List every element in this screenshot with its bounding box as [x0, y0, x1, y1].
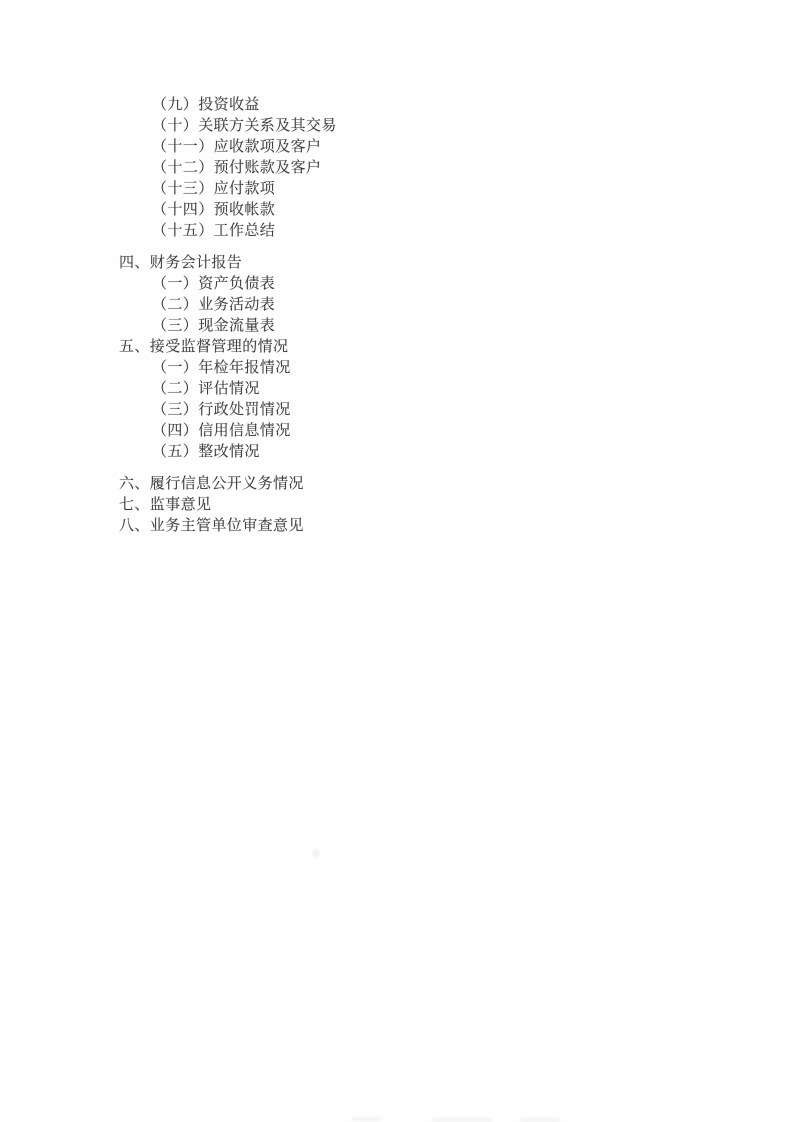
toc-line: （五）整改情况	[119, 442, 337, 463]
toc-line: （一）年检年报情况	[119, 358, 337, 379]
document-page: （九）投资收益（十）关联方关系及其交易（十一）应收款项及客户（十二）预付账款及客…	[0, 0, 799, 1122]
toc-line: （十四）预收帐款	[119, 200, 337, 221]
toc-line: （二）评估情况	[119, 379, 337, 400]
scan-artifact	[520, 1118, 560, 1122]
scan-artifact	[312, 849, 320, 858]
toc-line: （九）投资收益	[119, 95, 337, 116]
toc-line: 四、财务会计报告	[119, 253, 337, 274]
toc-line: 五、接受监督管理的情况	[119, 337, 337, 358]
toc-line: （十三）应付款项	[119, 179, 337, 200]
toc-line: 八、业务主管单位审查意见	[119, 516, 337, 537]
toc-line: （四）信用信息情况	[119, 421, 337, 442]
scan-artifact	[352, 1117, 380, 1121]
toc-line: （十）关联方关系及其交易	[119, 116, 337, 137]
toc-line: （三）行政处罚情况	[119, 400, 337, 421]
toc-line: （十五）工作总结	[119, 221, 337, 242]
toc-line: （十一）应收款项及客户	[119, 137, 337, 158]
toc-line: 六、履行信息公开义务情况	[119, 474, 337, 495]
scan-artifact	[432, 1118, 492, 1122]
toc-line: （十二）预付账款及客户	[119, 158, 337, 179]
toc-line: 七、监事意见	[119, 495, 337, 516]
toc-line: （二）业务活动表	[119, 295, 337, 316]
toc-line: （一）资产负债表	[119, 274, 337, 295]
toc-line: （三）现金流量表	[119, 316, 337, 337]
toc: （九）投资收益（十）关联方关系及其交易（十一）应收款项及客户（十二）预付账款及客…	[119, 95, 337, 537]
